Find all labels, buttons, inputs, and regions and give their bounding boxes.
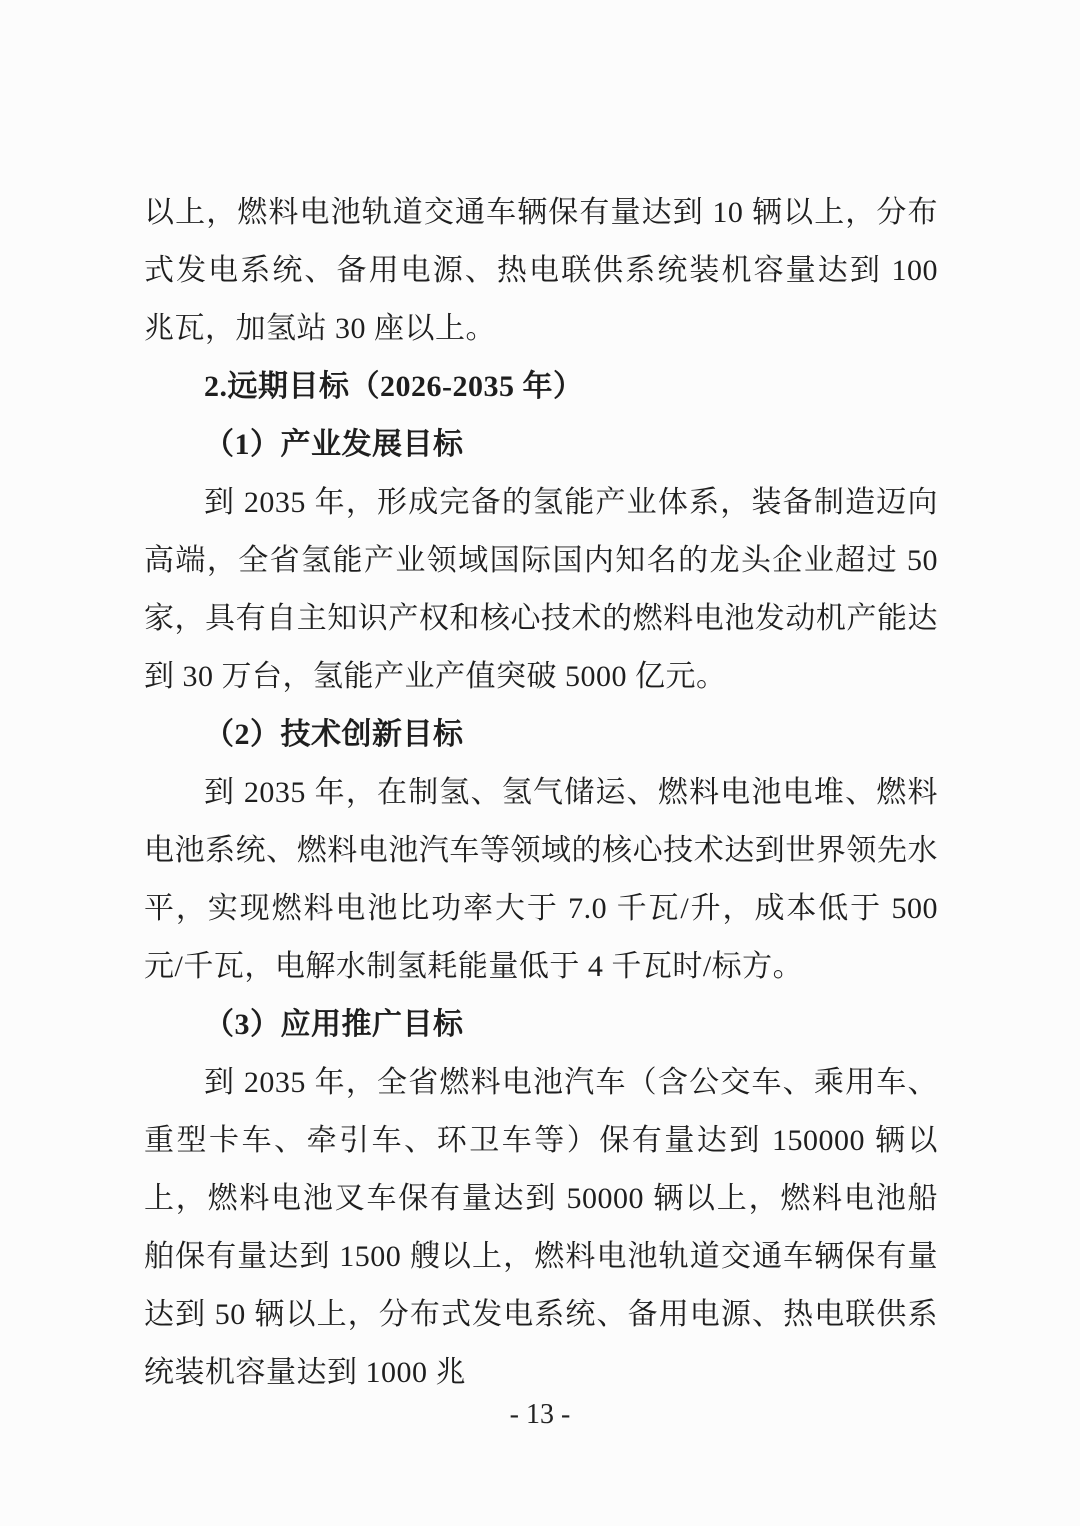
paragraph-continuation: 以上，燃料电池轨道交通车辆保有量达到 10 辆以上，分布式发电系统、备用电源、热… (144, 184, 938, 358)
paragraph-industry-development: 到 2035 年，形成完备的氢能产业体系，装备制造迈向高端，全省氢能产业领域国际… (144, 474, 938, 706)
document-body: 以上，燃料电池轨道交通车辆保有量达到 10 辆以上，分布式发电系统、备用电源、热… (144, 184, 938, 1402)
heading-long-term-goals: 2.远期目标（2026-2035 年） (144, 358, 938, 416)
heading-industry-development-goal: （1）产业发展目标 (144, 416, 938, 474)
paragraph-technology-innovation: 到 2035 年，在制氢、氢气储运、燃料电池电堆、燃料电池系统、燃料电池汽车等领… (144, 764, 938, 996)
heading-technology-innovation-goal: （2）技术创新目标 (144, 706, 938, 764)
heading-application-promotion-goal: （3）应用推广目标 (144, 996, 938, 1054)
page-footer: - 13 - (0, 1398, 1080, 1432)
document-page: 以上，燃料电池轨道交通车辆保有量达到 10 辆以上，分布式发电系统、备用电源、热… (0, 0, 1080, 1526)
page-number: - 13 - (510, 1399, 571, 1430)
paragraph-application-promotion: 到 2035 年，全省燃料电池汽车（含公交车、乘用车、重型卡车、牵引车、环卫车等… (144, 1054, 938, 1402)
